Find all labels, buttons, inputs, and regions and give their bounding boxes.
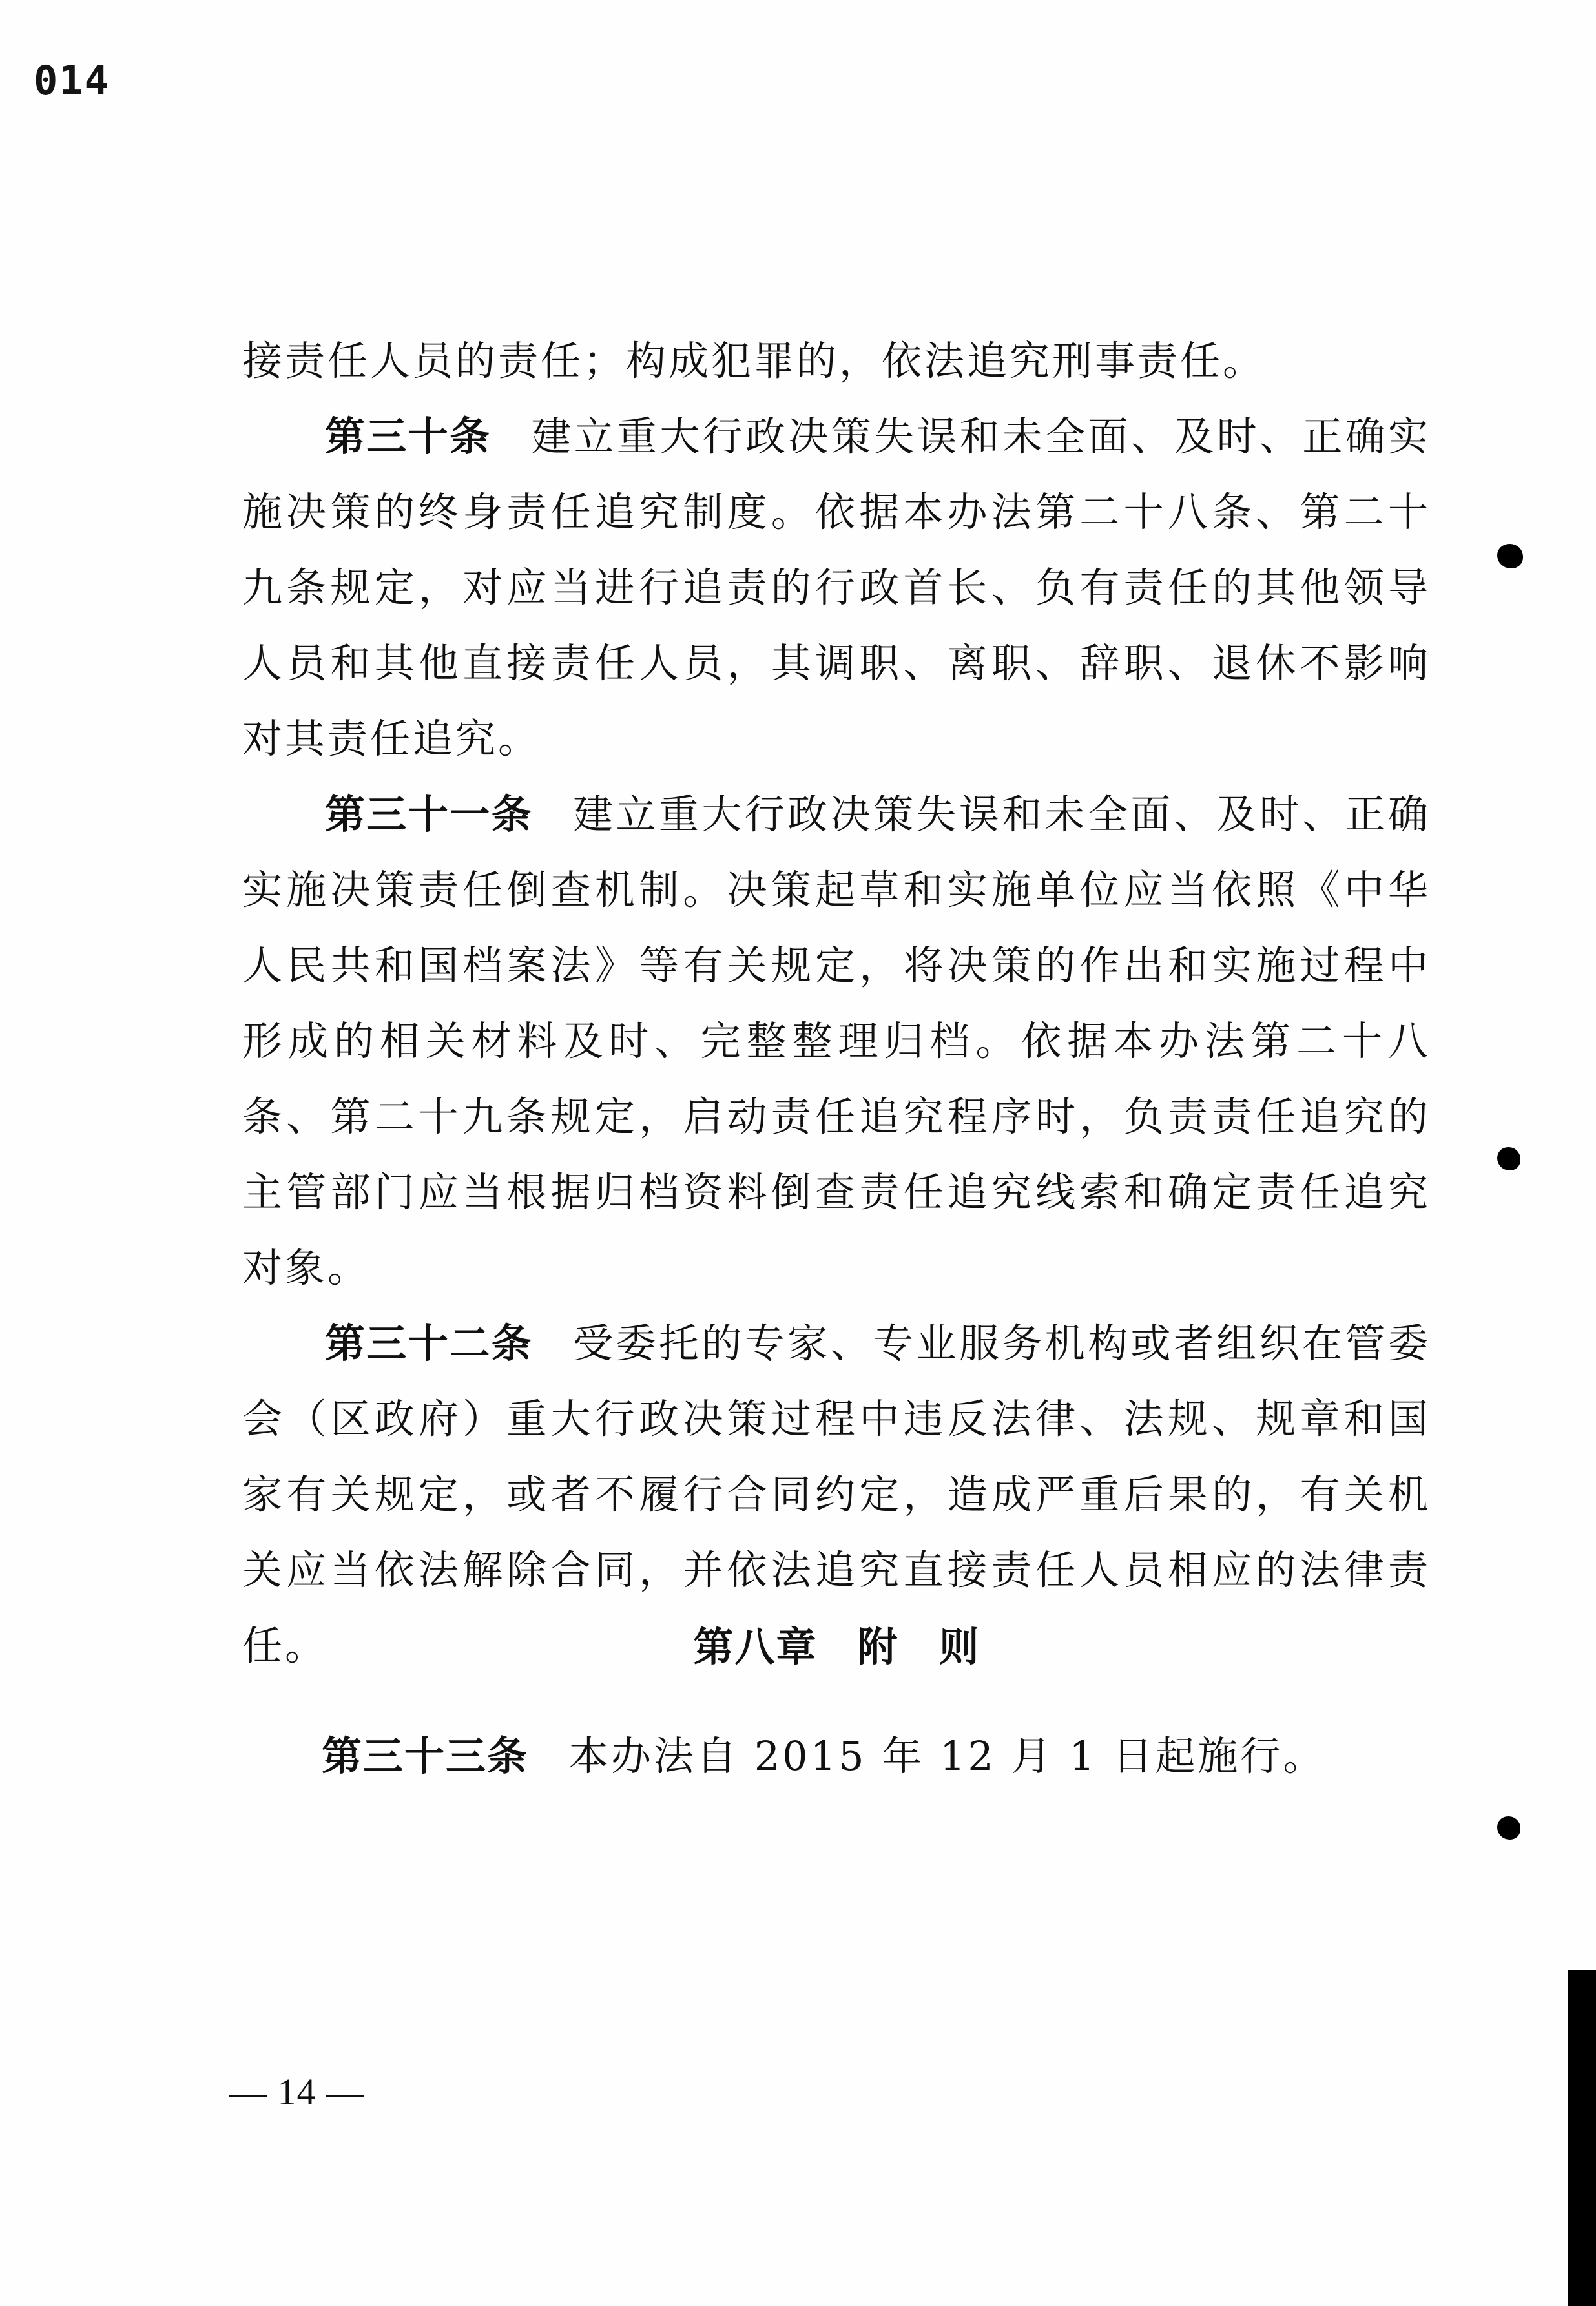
article-33: 第三十三条本办法自 2015 年 12 月 1 日起施行。 [322, 1718, 1325, 1794]
article-number: 第三十三条 [322, 1732, 528, 1780]
article-text: 本办法自 2015 年 12 月 1 日起施行。 [568, 1732, 1325, 1780]
page-number: — 14 — [229, 2070, 364, 2114]
article-31: 第三十一条建立重大行政决策失误和未全面、及时、正确实施决策责任倒查机制。决策起草… [242, 776, 1431, 1305]
paragraph-continuation: 接责任人员的责任；构成犯罪的，依法追究刑事责任。 [242, 323, 1431, 399]
article-text: 建立重大行政决策失误和未全面、及时、正确实施决策的终身责任追究制度。依据本办法第… [242, 413, 1431, 762]
chapter-number: 第八章 [693, 1623, 817, 1670]
article-number: 第三十二条 [325, 1320, 533, 1367]
punch-hole-mark [1497, 1816, 1520, 1840]
article-number: 第三十一条 [325, 791, 533, 838]
page-stamp-number: 014 [34, 57, 110, 104]
paragraph-text: 接责任人员的责任；构成犯罪的，依法追究刑事责任。 [242, 337, 1265, 384]
scan-edge-shadow [1568, 1970, 1596, 2306]
chapter-heading: 第八章附则 [0, 1615, 1596, 1672]
punch-hole-mark [1497, 544, 1523, 568]
punch-hole-mark [1497, 1147, 1520, 1170]
document-body: 接责任人员的责任；构成犯罪的，依法追究刑事责任。 第三十条建立重大行政决策失误和… [242, 323, 1431, 1683]
article-30: 第三十条建立重大行政决策失误和未全面、及时、正确实施决策的终身责任追究制度。依据… [242, 399, 1431, 776]
article-text: 建立重大行政决策失误和未全面、及时、正确实施决策责任倒查机制。决策起草和实施单位… [242, 791, 1431, 1291]
chapter-title-part1: 附 [857, 1623, 898, 1670]
chapter-title-part2: 则 [939, 1623, 980, 1670]
article-number: 第三十条 [325, 413, 491, 460]
